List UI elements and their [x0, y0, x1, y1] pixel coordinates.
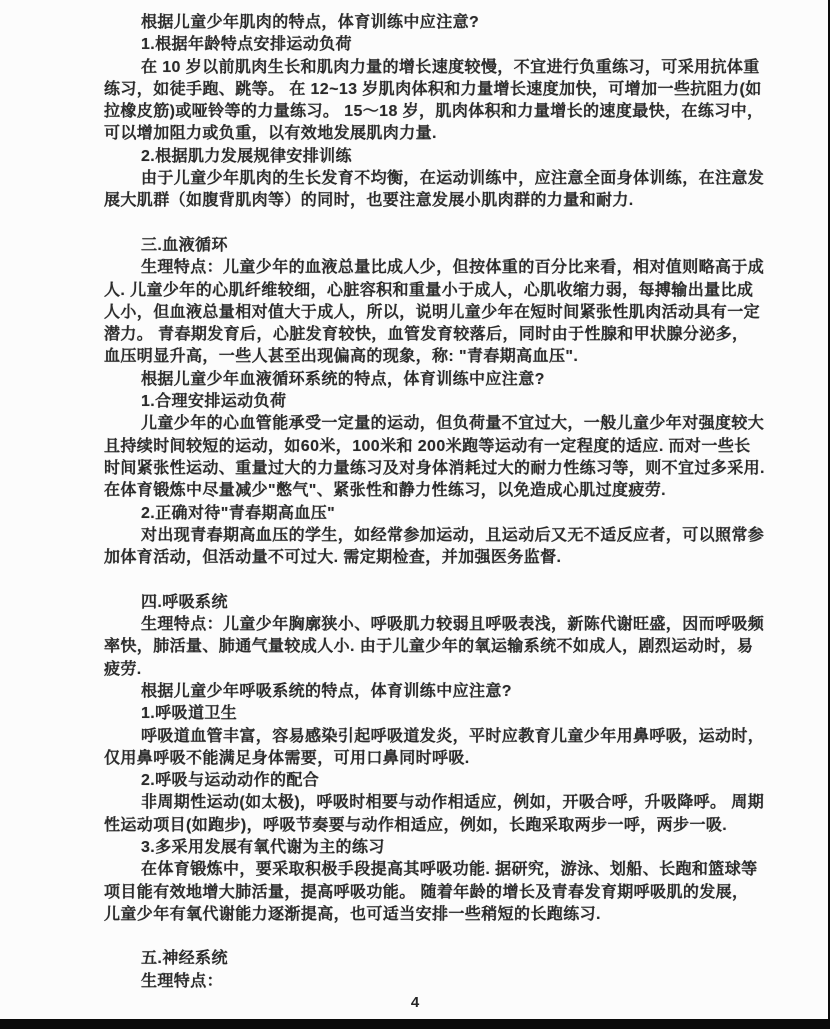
- text-line: 根据儿童少年血液循环系统的特点，体育训练中应注意?: [104, 369, 736, 391]
- text-line: 2.正确对待"青春期高血压": [104, 503, 736, 525]
- text-line: 儿童少年的心血管能承受一定量的运动，但负荷量不宜过大，一般儿童少年对强度较大: [104, 413, 736, 435]
- document-body: 根据儿童少年肌肉的特点，体育训练中应注意?1.根据年龄特点安排运动负荷在 10 …: [104, 12, 736, 993]
- section-blood-circulation: 三.血液循环生理特点：儿童少年的血液总量比成人少，但按体重的百分比来看，相对值则…: [104, 235, 736, 569]
- text-line: 儿童少年有氧代谢能力逐渐提高，也可适当安排一些稍短的长跑练习.: [104, 904, 736, 926]
- text-line: 展大肌群（如腹背肌肉等）的同时，也要注意发展小肌肉群的力量和耐力.: [104, 190, 736, 212]
- text-line: 血压明显升高，一些人甚至出现偏高的现象，称: "青春期高血压".: [104, 346, 736, 368]
- text-line: 人. 儿童少年的心肌纤维较细，心脏容积和重量小于成人，心肌收缩力弱，每搏输出量比…: [104, 280, 736, 302]
- text-line: 可以增加阻力或负重，以有效地发展肌肉力量.: [104, 123, 736, 145]
- section-muscle-training: 根据儿童少年肌肉的特点，体育训练中应注意?1.根据年龄特点安排运动负荷在 10 …: [104, 12, 736, 213]
- text-line: 1.呼吸道卫生: [104, 703, 736, 725]
- text-line: 性运动项目(如跑步)，呼吸节奏要与动作相适应，例如，长跑采取两步一呼，两步一吸.: [104, 815, 736, 837]
- text-line: 五.神经系统: [104, 948, 736, 970]
- text-line: 生理特点：儿童少年的血液总量比成人少，但按体重的百分比来看，相对值则略高于成: [104, 257, 736, 279]
- text-line: 1.合理安排运动负荷: [104, 391, 736, 413]
- text-line: 2.根据肌力发展规律安排训练: [104, 146, 736, 168]
- section-respiratory-system: 四.呼吸系统生理特点：儿童少年胸廓狭小、呼吸肌力较弱且呼吸表浅，新陈代谢旺盛，因…: [104, 592, 736, 926]
- text-line: 非周期性运动(如太极)，呼吸时相要与动作相适应，例如，开吸合呼，升吸降呼。 周期: [104, 792, 736, 814]
- text-line: 潜力。 青春期发育后，心脏发育较快，血管发育较落后，同时由于性腺和甲状腺分泌多，: [104, 324, 736, 346]
- text-line: 在体育锻炼中，要采取积极手段提高其呼吸功能. 据研究，游泳、划船、长跑和篮球等: [104, 859, 736, 881]
- text-line: 对出现青春期高血压的学生，如经常参加运动，且运动后又无不适反应者，可以照常参: [104, 525, 736, 547]
- text-line: 四.呼吸系统: [104, 592, 736, 614]
- text-line: 根据儿童少年呼吸系统的特点，体育训练中应注意?: [104, 681, 736, 703]
- text-line: 且持续时间较短的运动，如60米，100米和 200米跑等运动有一定程度的适应. …: [104, 436, 736, 458]
- text-line: 加体育活动，但活动量不可过大. 需定期检查，并加强医务监督.: [104, 547, 736, 569]
- text-line: 练习，如徒手跑、跳等。 在 12~13 岁肌肉体积和力量增长速度加快，可增加一些…: [104, 79, 736, 101]
- text-line: 仅用鼻呼吸不能满足身体需要，可用口鼻同时呼吸.: [104, 748, 736, 770]
- text-line: 在体育锻炼中尽量减少"憋气"、紧张性和静力性练习，以免造成心肌过度疲劳.: [104, 480, 736, 502]
- text-line: 2.呼吸与运动动作的配合: [104, 770, 736, 792]
- text-line: 率快，肺活量、肺通气量较成人小. 由于儿童少年的氧运输系统不如成人，剧烈运动时，…: [104, 636, 736, 658]
- text-line: 人小，但血液总量相对值大于成人，所以，说明儿童少年在短时间紧张性肌肉活动具有一定: [104, 302, 736, 324]
- scanned-page: 根据儿童少年肌肉的特点，体育训练中应注意?1.根据年龄特点安排运动负荷在 10 …: [0, 0, 830, 1029]
- text-line: 疲劳.: [104, 659, 736, 681]
- text-line: 呼吸道血管丰富，容易感染引起呼吸道发炎，平时应教育儿童少年用鼻呼吸，运动时，: [104, 726, 736, 748]
- text-line: 项目能有效地增大肺活量，提高呼吸功能。 随着年龄的增长及青春发育期呼吸肌的发展，: [104, 882, 736, 904]
- text-line: 根据儿童少年肌肉的特点，体育训练中应注意?: [104, 12, 736, 34]
- text-line: 生理特点：儿童少年胸廓狭小、呼吸肌力较弱且呼吸表浅，新陈代谢旺盛，因而呼吸频: [104, 614, 736, 636]
- text-line: 由于儿童少年肌肉的生长发育不均衡，在运动训练中，应注意全面身体训练，在注意发: [104, 168, 736, 190]
- page-number: 4: [0, 994, 830, 1011]
- text-line: 在 10 岁以前肌肉生长和肌肉力量的增长速度较慢，不宜进行负重练习，可采用抗体重: [104, 57, 736, 79]
- scan-bottom-bar: [0, 1019, 830, 1029]
- text-line: 三.血液循环: [104, 235, 736, 257]
- text-line: 拉橡皮筋)或哑铃等的力量练习。 15～18 岁，肌肉体积和力量增长的速度最快，在…: [104, 101, 736, 123]
- section-nervous-system: 五.神经系统生理特点：: [104, 948, 736, 993]
- text-line: 时间紧张性运动、重量过大的力量练习及对身体消耗过大的耐力性练习等，则不宜过多采用…: [104, 458, 736, 480]
- text-line: 3.多采用发展有氧代谢为主的练习: [104, 837, 736, 859]
- text-line: 1.根据年龄特点安排运动负荷: [104, 34, 736, 56]
- text-line: 生理特点：: [104, 971, 736, 993]
